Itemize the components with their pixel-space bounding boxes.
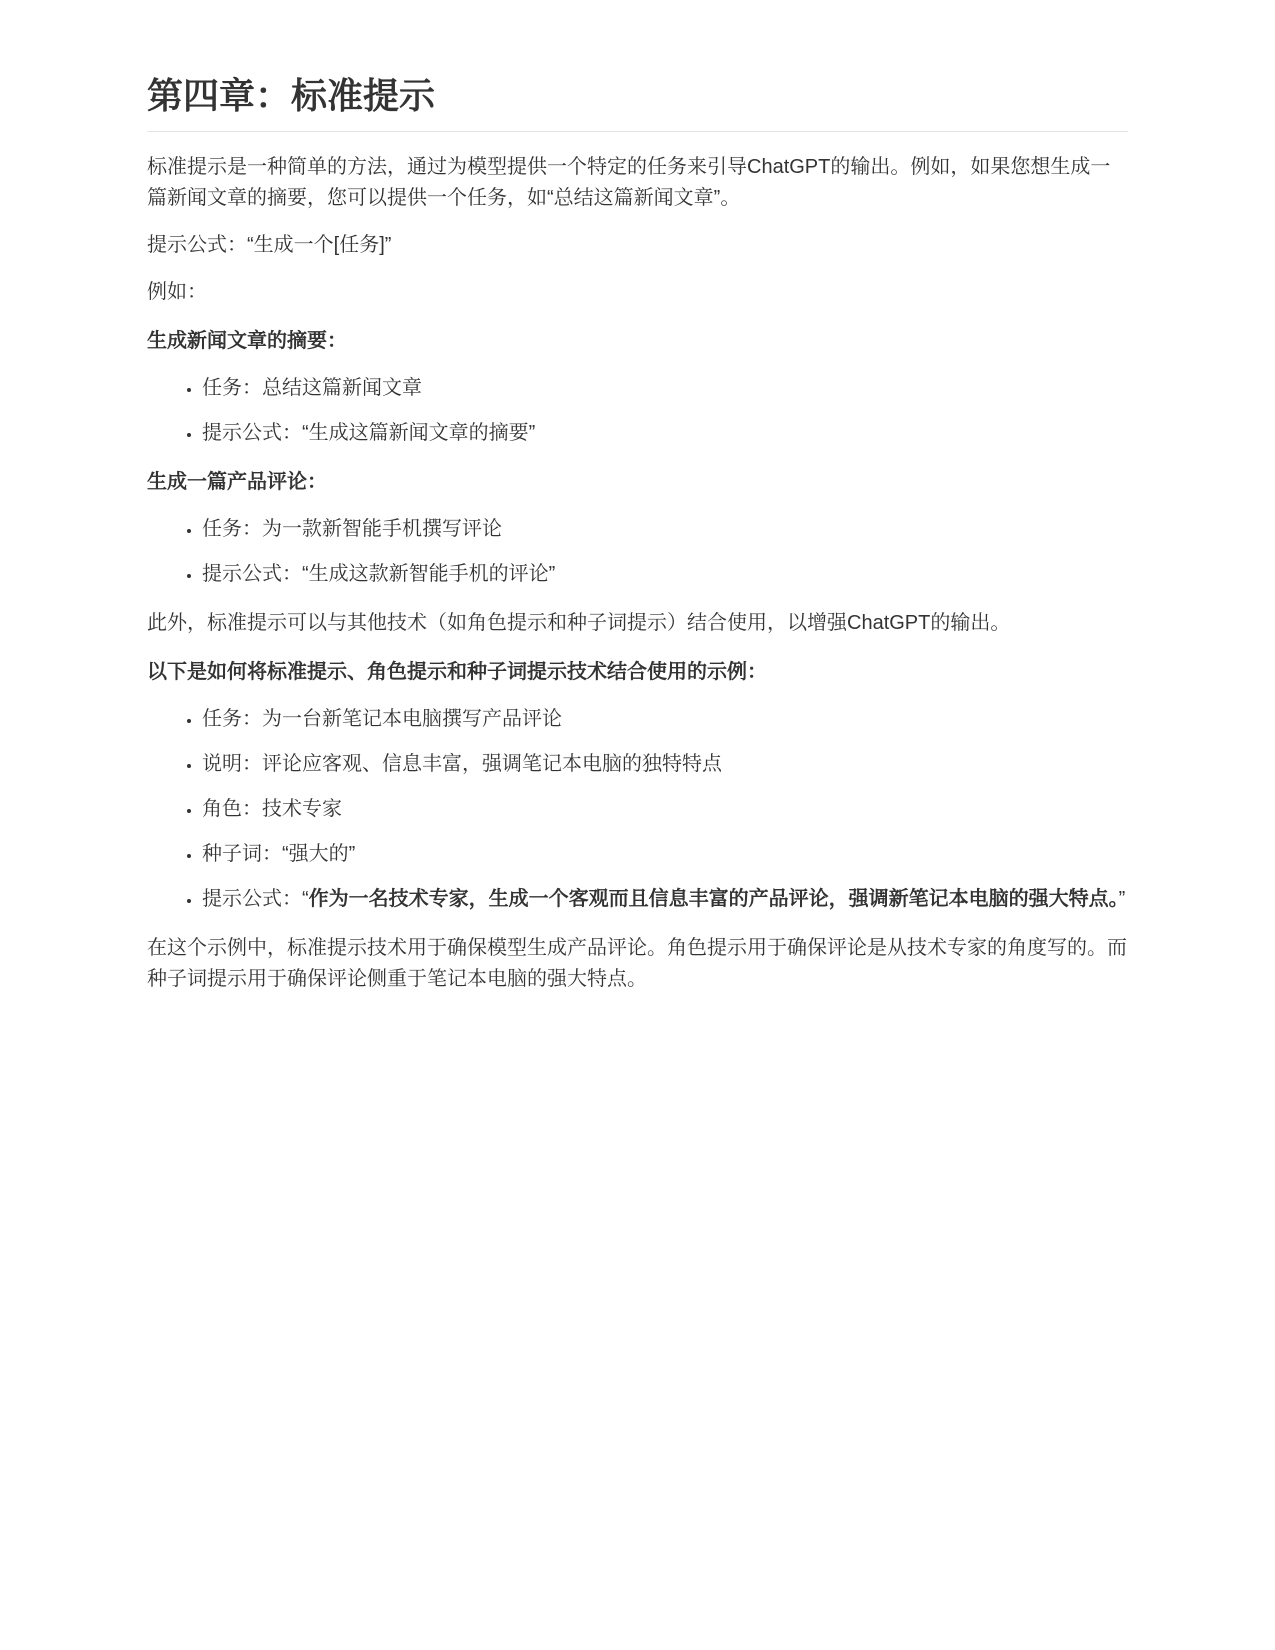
chapter-title: 第四章：标准提示 xyxy=(147,74,1128,132)
list-item: 任务：为一款新智能手机撰写评论 xyxy=(202,514,1128,545)
product-review-list: 任务：为一款新智能手机撰写评论 提示公式：“生成这款新智能手机的评论” xyxy=(147,514,1128,590)
document-page: 第四章：标准提示 标准提示是一种简单的方法，通过为模型提供一个特定的任务来引导C… xyxy=(0,0,1275,1650)
news-summary-heading: 生成新闻文章的摘要： xyxy=(147,326,1128,357)
list-item: 任务：总结这篇新闻文章 xyxy=(202,373,1128,404)
list-item: 说明：评论应客观、信息丰富，强调笔记本电脑的独特特点 xyxy=(202,749,1128,780)
list-item: 任务：为一台新笔记本电脑撰写产品评论 xyxy=(202,704,1128,735)
list-item-formula: 提示公式：“作为一名技术专家，生成一个客观而且信息丰富的产品评论，强调新笔记本电… xyxy=(202,884,1128,915)
formula-prefix: 提示公式：“ xyxy=(202,888,309,910)
closing-paragraph: 在这个示例中，标准提示技术用于确保模型生成产品评论。角色提示用于确保评论是从技术… xyxy=(147,933,1128,995)
news-summary-list: 任务：总结这篇新闻文章 提示公式：“生成这篇新闻文章的摘要” xyxy=(147,373,1128,449)
combine-note-paragraph: 此外，标准提示可以与其他技术（如角色提示和种子词提示）结合使用，以增强ChatG… xyxy=(147,608,1128,639)
combined-example-list: 任务：为一台新笔记本电脑撰写产品评论 说明：评论应客观、信息丰富，强调笔记本电脑… xyxy=(147,704,1128,915)
formula-suffix: ” xyxy=(1119,888,1126,910)
formula-bold-text: 作为一名技术专家，生成一个客观而且信息丰富的产品评论，强调新笔记本电脑的强大特点… xyxy=(309,888,1119,910)
example-label: 例如： xyxy=(147,277,1128,308)
list-item: 种子词：“强大的” xyxy=(202,839,1128,870)
product-review-heading: 生成一篇产品评论： xyxy=(147,467,1128,498)
intro-paragraph: 标准提示是一种简单的方法，通过为模型提供一个特定的任务来引导ChatGPT的输出… xyxy=(147,152,1128,214)
list-item: 角色：技术专家 xyxy=(202,794,1128,825)
list-item: 提示公式：“生成这款新智能手机的评论” xyxy=(202,559,1128,590)
prompt-formula-line: 提示公式：“生成一个[任务]” xyxy=(147,230,1128,261)
list-item: 提示公式：“生成这篇新闻文章的摘要” xyxy=(202,418,1128,449)
combined-example-heading: 以下是如何将标准提示、角色提示和种子词提示技术结合使用的示例： xyxy=(147,657,1128,688)
